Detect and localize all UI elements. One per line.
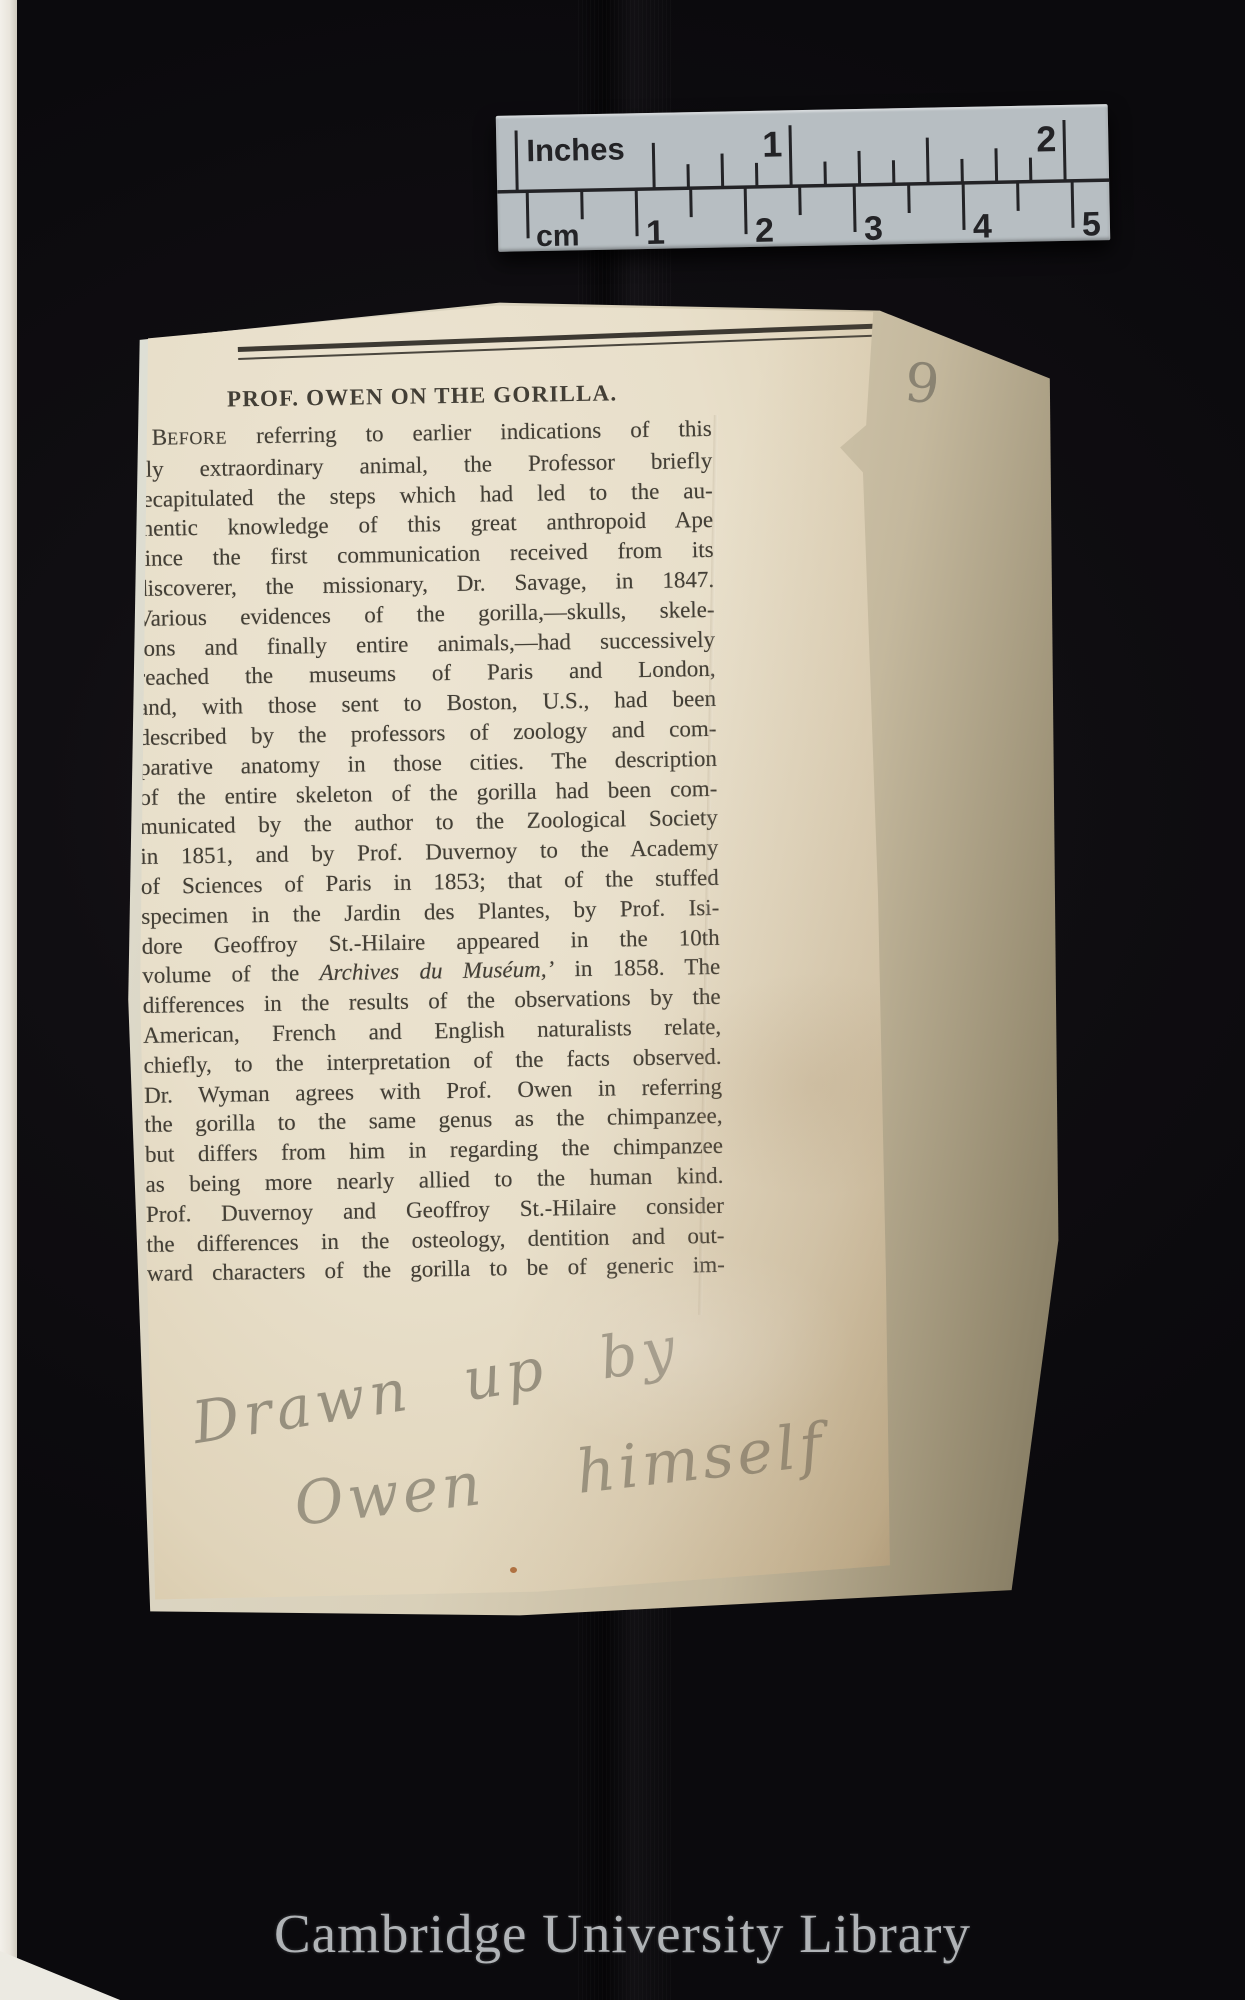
paper-speck: [510, 1567, 517, 1573]
svg-text:4: 4: [973, 207, 993, 245]
header-rules: [238, 323, 886, 359]
svg-text:2: 2: [1036, 118, 1057, 159]
ruler-svg: 12Inches12345cm: [496, 104, 1110, 252]
article-title: PROF. OWEN ON THE GORILLA.: [133, 379, 711, 414]
svg-text:5: 5: [1082, 205, 1102, 243]
svg-text:3: 3: [864, 209, 884, 247]
library-watermark: Cambridge University Library: [0, 1902, 1245, 1965]
svg-text:1: 1: [762, 123, 783, 164]
clipping-body: BEFORE referring to earlier indications …: [134, 414, 726, 1289]
printed-column: PROF. OWEN ON THE GORILLA. BEFORE referr…: [133, 379, 725, 1289]
svg-text:2: 2: [755, 212, 775, 250]
svg-text:Inches: Inches: [526, 131, 625, 168]
newspaper-clipping: PROF. OWEN ON THE GORILLA. BEFORE referr…: [118, 295, 908, 1610]
svg-text:cm: cm: [536, 219, 580, 252]
adjacent-page-edge: [0, 0, 17, 2000]
pencil-page-number: 9: [902, 350, 943, 416]
photo-stage: 9 PROF. OWEN ON THE GORILLA. BEFORE refe…: [0, 0, 1245, 2000]
ruler: 12Inches12345cm: [496, 104, 1110, 252]
svg-text:1: 1: [646, 214, 666, 252]
